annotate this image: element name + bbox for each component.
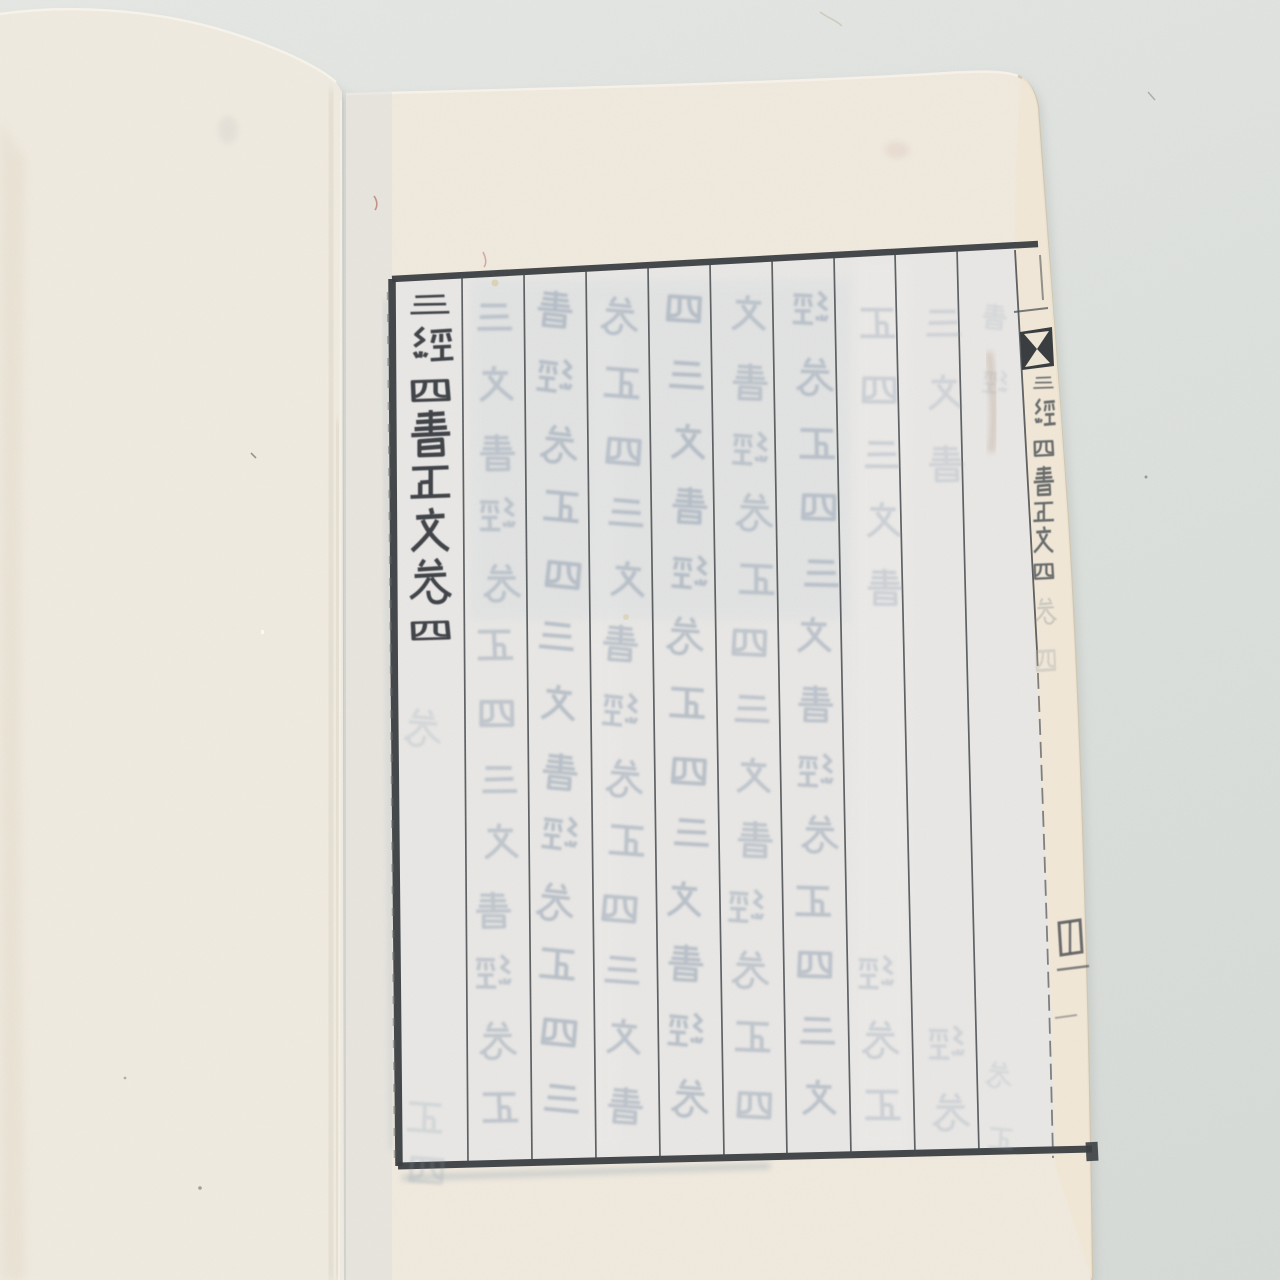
- paper-grain: [0, 0, 1280, 1280]
- book-scene-svg: [0, 0, 1280, 1280]
- woodblock-book-photo: 三經四書正文卷四 三經四書正文四 四: [0, 0, 1280, 1280]
